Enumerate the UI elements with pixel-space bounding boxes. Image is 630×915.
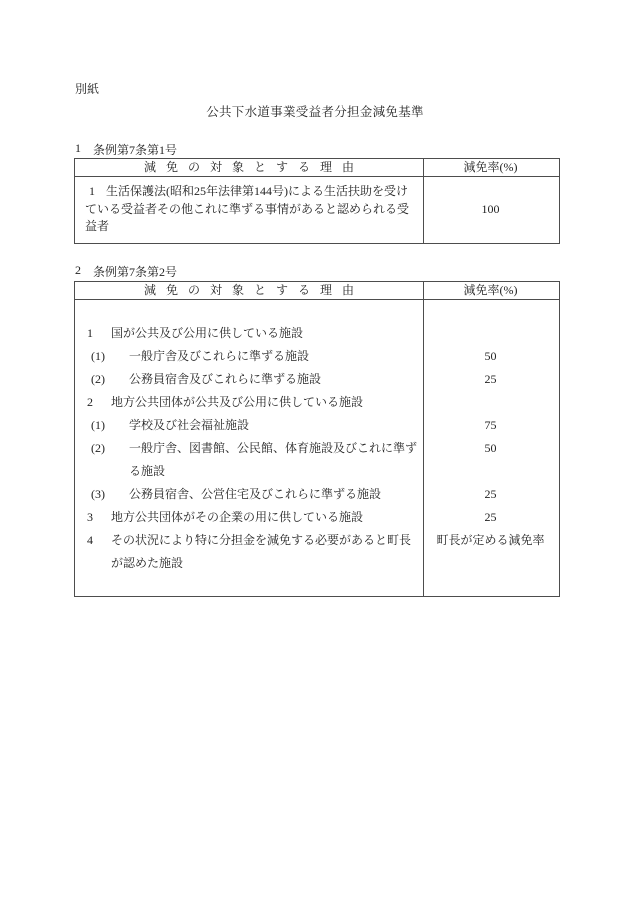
row-rate: 75 — [423, 414, 558, 437]
row-text: その状況により特に分担金を減免する必要があると町長が認めた施設 — [111, 529, 423, 575]
table1-header-row: 減免の対象とする理由 減免率(%) — [75, 159, 559, 177]
attachment-label: 別紙 — [75, 80, 99, 97]
section1-number: 1 — [75, 141, 81, 158]
row-text: 国が公共及び公用に供している施設 — [111, 322, 423, 345]
row-rate: 50 — [423, 345, 558, 368]
table1-rate-cell: 100 — [423, 177, 558, 242]
table1-column-divider — [423, 159, 424, 243]
table-row: (2)公務員宿舎及びこれらに準ずる施設 25 — [75, 368, 559, 391]
section1-heading: 1 条例第7条第1号 — [75, 141, 177, 158]
row-number: 4 — [87, 529, 111, 575]
table-row: 3地方公共団体がその企業の用に供している施設 25 — [75, 506, 559, 529]
row-rate: 25 — [423, 506, 558, 529]
row-rate: 25 — [423, 368, 558, 391]
table-article7-item2: 減免の対象とする理由 減免率(%) 1国が公共及び公用に供している施設 (1)一… — [74, 281, 560, 597]
section2-title: 条例第7条第2号 — [93, 263, 177, 280]
row-text: 学校及び社会福祉施設 — [129, 414, 423, 437]
row-text: 地方公共団体がその企業の用に供している施設 — [111, 506, 423, 529]
table-row: 2地方公共団体が公共及び公用に供している施設 — [75, 391, 559, 414]
row-number: (2) — [91, 437, 129, 483]
table1-reason-cell: 1生活保護法(昭和25年法律第144号)による生活扶助を受けている受益者その他こ… — [75, 177, 423, 242]
table2-header-row: 減免の対象とする理由 減免率(%) — [75, 282, 559, 300]
table-article7-item1: 減免の対象とする理由 減免率(%) 1生活保護法(昭和25年法律第144号)によ… — [74, 158, 560, 244]
table-row: 1生活保護法(昭和25年法律第144号)による生活扶助を受けている受益者その他こ… — [75, 177, 559, 242]
row-text: 一般庁舎、図書館、公民館、体育施設及びこれに準ずる施設 — [129, 437, 423, 483]
table2-column-divider — [423, 282, 424, 596]
section1-title: 条例第7条第1号 — [93, 141, 177, 158]
row-number: 2 — [87, 391, 111, 414]
section2-number: 2 — [75, 263, 81, 280]
table2-header-reason: 減免の対象とする理由 — [75, 282, 423, 299]
table1-header-rate: 減免率(%) — [423, 159, 558, 176]
row-rate: 50 — [423, 437, 558, 460]
row-number: 1 — [89, 184, 95, 198]
table1-header-reason: 減免の対象とする理由 — [75, 159, 423, 176]
table-row: 1国が公共及び公用に供している施設 — [75, 322, 559, 345]
section2-heading: 2 条例第7条第2号 — [75, 263, 177, 280]
row-number: (2) — [91, 368, 129, 391]
row-number: (1) — [91, 414, 129, 437]
row-text: 地方公共団体が公共及び公用に供している施設 — [111, 391, 423, 414]
row-number: 3 — [87, 506, 111, 529]
row-text: 生活保護法(昭和25年法律第144号)による生活扶助を受けている受益者その他これ… — [85, 184, 409, 233]
row-text: 一般庁舎及びこれらに準ずる施設 — [129, 345, 423, 368]
table-row: 4その状況により特に分担金を減免する必要があると町長が認めた施設 町長が定める減… — [75, 529, 559, 575]
table-row: (3)公務員宿舎、公営住宅及びこれらに準ずる施設 25 — [75, 483, 559, 506]
row-rate: 25 — [423, 483, 558, 506]
row-number: (1) — [91, 345, 129, 368]
row-text: 公務員宿舎、公営住宅及びこれらに準ずる施設 — [129, 483, 423, 506]
table2-header-rate: 減免率(%) — [423, 282, 558, 299]
page-title: 公共下水道事業受益者分担金減免基準 — [0, 102, 630, 120]
row-number: (3) — [91, 483, 129, 506]
table2-body: 1国が公共及び公用に供している施設 (1)一般庁舎及びこれらに準ずる施設 50 … — [75, 300, 559, 575]
row-number: 1 — [87, 322, 111, 345]
table-row: (1)一般庁舎及びこれらに準ずる施設 50 — [75, 345, 559, 368]
row-text: 公務員宿舎及びこれらに準ずる施設 — [129, 368, 423, 391]
row-rate: 町長が定める減免率 — [423, 529, 558, 552]
table-row: (2)一般庁舎、図書館、公民館、体育施設及びこれに準ずる施設 50 — [75, 437, 559, 483]
document-page: 別紙 公共下水道事業受益者分担金減免基準 1 条例第7条第1号 減免の対象とする… — [0, 0, 630, 915]
table-row: (1)学校及び社会福祉施設 75 — [75, 414, 559, 437]
